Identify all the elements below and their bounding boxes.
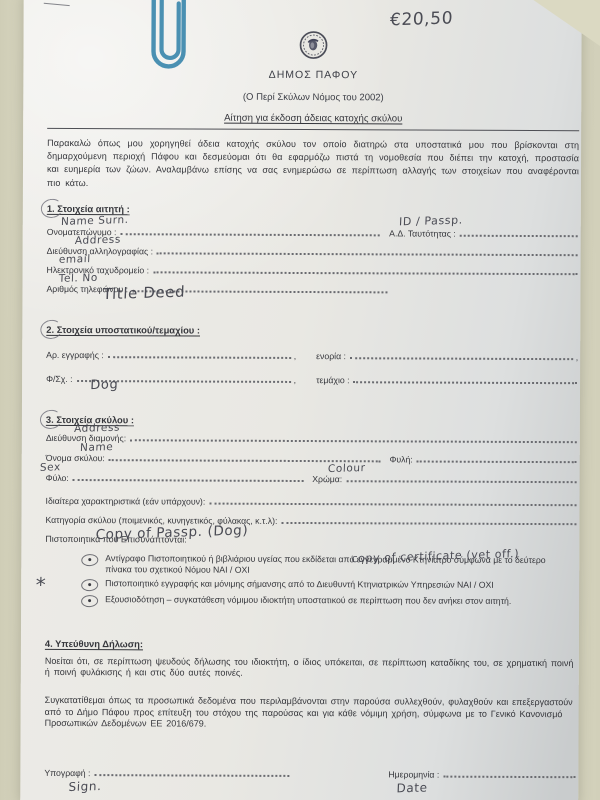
row-phone: Tel. No Αριθμός τηλεφώνου : [46, 284, 578, 296]
section-declaration-heading: 4. Υπεύθυνη Δήλωση: [45, 638, 143, 649]
handwritten-colour-hint: Colour [328, 462, 366, 475]
row-characteristics: Ιδιαίτερα χαρακτηριστικά (εάν υπάρχουν): [46, 496, 578, 508]
full-name-field [120, 233, 380, 236]
handwritten-sign-hint: Sign. [68, 779, 102, 794]
plot-label: τεμάχιο : [316, 375, 350, 385]
declaration-paragraph-1: Νοείται ότι, σε περίπτωση ψευδούς δήλωση… [45, 656, 577, 682]
row-sex-colour: Sex Colour Φύλο: Χρώμα: [46, 473, 578, 485]
handwritten-dog-name-hint: Name [80, 441, 114, 454]
phone-label: Αριθμός τηλεφώνου : [46, 284, 128, 294]
breed-label: Φυλή: [389, 454, 412, 464]
handwritten-name-hint: Name Surn. [61, 214, 129, 228]
sex-field [73, 479, 303, 482]
row-registration-parish: Αρ. εγγραφής : , ενορία : , [46, 350, 578, 362]
pencil-circled-bullet-icon [81, 594, 99, 607]
signature-field [94, 774, 289, 777]
plot-field [354, 381, 578, 384]
colour-field [346, 480, 576, 483]
handwritten-date-hint: Date [396, 780, 428, 795]
pencil-circled-bullet-icon [81, 578, 99, 591]
certificate-item-3-text: Εξουσιοδότηση – συγκατάθεση νόμιμου ιδιο… [105, 594, 511, 607]
certificate-item-2-text: Πιστοποιητικό εγγραφής και μόνιμης σήμαν… [105, 578, 494, 591]
row-full-name: Name Surn. ID / Passp. Ονοματεπώνυμο : Α… [47, 227, 579, 239]
handwritten-address-hint: Address [75, 233, 121, 246]
handwritten-id-hint: ID / Passp. [399, 213, 463, 228]
category-field [281, 522, 576, 525]
comma: , [576, 352, 578, 362]
category-label: Κατηγορία σκύλου (ποιμενικός, κυνηγετικό… [45, 515, 277, 526]
signature-label: Υπογραφή : [44, 768, 90, 778]
residence-address-field [130, 439, 577, 443]
date-field [443, 775, 575, 778]
title-divider [47, 128, 579, 131]
row-mailing-address: Address Διεύθυνση αλληλογραφίας : [47, 246, 579, 258]
phone-field [132, 290, 387, 293]
signature-date-row: Υπογραφή : Ημερομηνία : Sign. Date [44, 768, 576, 780]
id-number-label: Α.Δ. Ταυτότητας : [389, 228, 456, 238]
form-title: Αίτηση για έκδοση άδειας κατοχής σκύλου [47, 112, 579, 125]
handwritten-dog-address-hint: Address [74, 421, 120, 434]
section-premises-heading: 2. Στοιχεία υποστατικού/τεμαχίου : [46, 324, 200, 336]
pencil-circled-bullet-icon [81, 553, 99, 566]
municipality-name: ΔΗΜΟΣ ΠΑΦΟΥ [47, 68, 579, 82]
dog-name-field [109, 459, 381, 462]
certificates-heading: Πιστοποιητικά που Επισυνάπτονται: [45, 534, 577, 546]
certificate-item-3: Εξουσιοδότηση – συγκατάθεση νόμιμου ιδιο… [81, 594, 549, 609]
paper-sheet: ΔΗΜΟΣ ΠΑΦΟΥ (Ο Περί Σκύλων Νόμος του 200… [20, 0, 582, 800]
id-number-field [460, 235, 578, 238]
handwritten-email-hint: email [59, 253, 91, 266]
registration-no-field [108, 356, 291, 359]
section-premises-heading-text: 2. Στοιχεία υποστατικού/τεμαχίου : [46, 324, 200, 336]
sex-label: Φύλο: [46, 473, 69, 483]
row-email: email Ηλεκτρονικό ταχυδρομείο : [47, 265, 579, 277]
handwritten-phone-hint: Tel. No [59, 272, 99, 285]
characteristics-label: Ιδιαίτερα χαρακτηριστικά (εάν υπάρχουν): [46, 496, 206, 507]
certificate-item-2: Πιστοποιητικό εγγραφής και μόνιμης σήμαν… [81, 578, 549, 593]
plan-sheet-label: Φ/Σχ. : [46, 374, 73, 384]
registration-no-label: Αρ. εγγραφής : [46, 350, 104, 360]
row-dog-address: Address Διεύθυνση διαμονής: [46, 433, 578, 445]
characteristics-field [209, 502, 576, 506]
municipality-seal-icon [47, 29, 579, 61]
mailing-address-field [157, 252, 578, 256]
date-label: Ημερομηνία : [388, 769, 439, 779]
section-applicant-heading: 1. Στοιχεία αιτητή : [47, 203, 130, 214]
law-subtitle: (Ο Περί Σκύλων Νόμος του 2002) [47, 91, 579, 104]
handwritten-sex-hint: Sex [40, 461, 61, 474]
email-field [153, 271, 577, 275]
certificate-item-1: Αντίγραφο Πιστοποιητικού ή βιβλιάριου υγ… [81, 553, 549, 577]
pencil-circle-3 [38, 408, 63, 430]
row-plan-plot: Φ/Σχ. : , τεμάχιο : [46, 374, 578, 386]
section-declaration-heading-text: 4. Υπεύθυνη Δήλωση: [45, 638, 143, 649]
form-content: ΔΗΜΟΣ ΠΑΦΟΥ (Ο Περί Σκύλων Νόμος του 200… [44, 0, 579, 780]
certificate-item-1-text: Αντίγραφο Πιστοποιητικού ή βιβλιάριου υγ… [105, 553, 549, 577]
intro-paragraph: Παρακαλώ όπως μου χορηγηθεί άδεια κατοχή… [47, 137, 579, 192]
comma: , [294, 375, 296, 385]
colour-label: Χρώμα: [312, 474, 342, 484]
row-dog-name-breed: Name Όνομα σκύλου: Φυλή: [46, 453, 578, 465]
declaration-paragraph-2: Συγκατατίθεμαι όπως τα προσωπικά δεδομέν… [45, 695, 577, 732]
parish-field [350, 357, 573, 360]
breed-field [417, 460, 577, 463]
row-category: Κατηγορία σκύλου (ποιμενικός, κυνηγετικό… [45, 515, 577, 527]
pencil-circle-2 [39, 318, 64, 340]
plan-sheet-field [77, 380, 291, 383]
comma: , [294, 351, 296, 361]
photo-of-dog-licence-form: { "header": { "municipality": "ΔΗΜΟΣ ΠΑΦ… [0, 0, 600, 800]
parish-label: ενορία : [316, 351, 346, 361]
